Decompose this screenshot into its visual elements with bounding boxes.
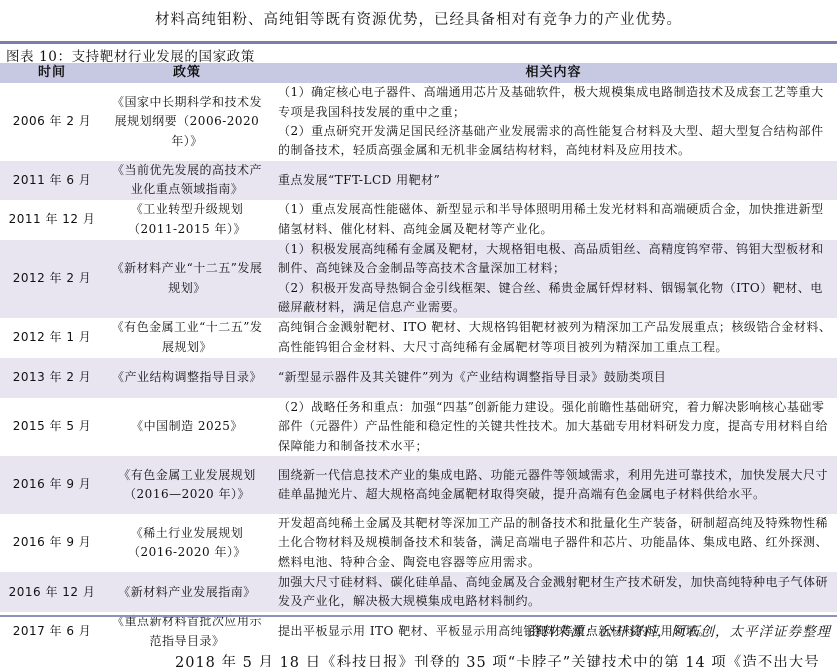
- content-item: （2）积极开发高导热铜合金引线框架、键合丝、稀贵金属钎焊材料、铟锡氧化物（ITO…: [278, 279, 833, 318]
- table-row: 2016 年 9 月 《稀土行业发展规划（2016-2020 年）》 开发超高纯…: [0, 514, 837, 572]
- row-date: 2016 年 12 月: [0, 572, 104, 612]
- row-date: 2012 年 1 月: [0, 318, 104, 358]
- row-policy: 《重点新材料首批次应用示范指导目录》: [104, 612, 270, 651]
- row-content: 围绕新一代信息技术产业的集成电路、功能元器件等领域需求，利用先进可靠技术，加快发…: [270, 456, 837, 514]
- content-item: 重点发展“TFT-LCD 用靶材”: [278, 171, 833, 190]
- row-policy: 《新材料产业发展指南》: [104, 572, 270, 612]
- row-date: 2012 年 2 月: [0, 240, 104, 318]
- row-date: 2013 年 2 月: [0, 358, 104, 398]
- content-item: （1）积极发展高纯稀有金属及靶材，大规格钼电极、高品质钼丝、高精度钨窄带、钨钼大…: [278, 240, 833, 279]
- row-policy: 《国家中长期科学和技术发展规划纲要（2006-2020 年）》: [104, 83, 270, 161]
- row-date: 2017 年 6 月: [0, 612, 104, 651]
- row-policy: 《工业转型升级规划（2011-2015 年）》: [104, 200, 270, 240]
- row-content: （1）确定核心电子器件、高端通用芯片及基础软件，极大规模集成电路制造技术及成套工…: [270, 83, 837, 161]
- intro-paragraph: 材料高纯钼粉、高纯钼等既有资源优势，已经具备相对有竞争力的产业优势。: [0, 8, 837, 29]
- content-item: （1）确定核心电子器件、高端通用芯片及基础软件，极大规模集成电路制造技术及成套工…: [278, 83, 833, 122]
- content-item: （1）重点发展高性能磁体、新型显示和半导体照明用稀土发光材料和高端硬质合金，加快…: [278, 200, 833, 239]
- row-content: 重点发展“TFT-LCD 用靶材”: [270, 161, 837, 200]
- header-content: 相关内容: [270, 63, 837, 83]
- row-policy: 《新材料产业“十二五”发展规划》: [104, 240, 270, 318]
- next-paragraph: 2018 年 5 月 18 日《科技日报》刊登的 35 项“卡脖子”关键技术中的…: [175, 651, 820, 667]
- header-date: 时间: [0, 63, 104, 83]
- content-item: （2）重点研究开发满足国民经济基础产业发展需求的高性能复合材料及大型、超大型复合…: [278, 122, 833, 161]
- row-content: 高纯铜合金溅射靶材、ITO 靶材、大规格钨钼靶材被列为精深加工产品发展重点；核级…: [270, 318, 837, 358]
- table-row: 2006 年 2 月 《国家中长期科学和技术发展规划纲要（2006-2020 年…: [0, 83, 837, 161]
- row-content: 加强大尺寸硅材料、碳化硅单晶、高纯金属及合金溅射靶材生产技术研发，加快高纯特种电…: [270, 572, 837, 612]
- table-row: 2013 年 2 月 《产业结构调整指导目录》 “新型显示器件及其关键件”列为《…: [0, 358, 837, 398]
- content-item: 加强大尺寸硅材料、碳化硅单晶、高纯金属及合金溅射靶材生产技术研发，加快高纯特种电…: [278, 573, 833, 612]
- table-row: 2012 年 1 月 《有色金属工业“十二五”发展规划》 高纯铜合金溅射靶材、I…: [0, 318, 837, 358]
- table-row: 2011 年 12 月 《工业转型升级规划（2011-2015 年）》 （1）重…: [0, 200, 837, 240]
- table-row: 2015 年 5 月 《中国制造 2025》 （2）战略任务和重点：加强“四基”…: [0, 398, 837, 456]
- table-row: 2016 年 9 月 《有色金属工业发展规划（2016—2020 年）》 围绕新…: [0, 456, 837, 514]
- row-policy: 《当前优先发展的高技术产业化重点领域指南》: [104, 161, 270, 200]
- row-content: 开发超高纯稀土金属及其靶材等深加工产品的制备技术和批量化生产装备，研制超高纯及特…: [270, 514, 837, 572]
- row-content: （2）战略任务和重点：加强“四基”创新能力建设。强化前瞻性基础研究，着力解决影响…: [270, 398, 837, 456]
- content-item: 高纯铜合金溅射靶材、ITO 靶材、大规格钨钼靶材被列为精深加工产品发展重点；核级…: [278, 318, 833, 357]
- row-date: 2011 年 6 月: [0, 161, 104, 200]
- table-row: 2011 年 6 月 《当前优先发展的高技术产业化重点领域指南》 重点发展“TF…: [0, 161, 837, 200]
- row-date: 2015 年 5 月: [0, 398, 104, 456]
- source-note: 资料来源：公开资料，阿石创，太平洋证券整理: [527, 620, 832, 640]
- row-content: “新型显示器件及其关键件”列为《产业结构调整指导目录》鼓励类项目: [270, 358, 837, 398]
- row-policy: 《中国制造 2025》: [104, 398, 270, 456]
- table-row: 2012 年 2 月 《新材料产业“十二五”发展规划》 （1）积极发展高纯稀有金…: [0, 240, 837, 318]
- row-date: 2011 年 12 月: [0, 200, 104, 240]
- content-item: （2）战略任务和重点：加强“四基”创新能力建设。强化前瞻性基础研究，着力解决影响…: [278, 398, 833, 456]
- table-row: 2016 年 12 月 《新材料产业发展指南》 加强大尺寸硅材料、碳化硅单晶、高…: [0, 572, 837, 612]
- figure-title: 图表 10：支持靶材行业发展的国家政策: [6, 45, 255, 65]
- content-item: 开发超高纯稀土金属及其靶材等深加工产品的制备技术和批量化生产装备，研制超高纯及特…: [278, 514, 833, 572]
- row-date: 2006 年 2 月: [0, 83, 104, 161]
- top-divider: [0, 41, 837, 44]
- header-policy: 政策: [104, 63, 270, 83]
- row-date: 2016 年 9 月: [0, 514, 104, 572]
- row-policy: 《有色金属工业“十二五”发展规划》: [104, 318, 270, 358]
- bottom-divider: [0, 615, 837, 617]
- table-header-row: 时间 政策 相关内容: [0, 63, 837, 83]
- row-content: （1）积极发展高纯稀有金属及靶材，大规格钼电极、高品质钼丝、高精度钨窄带、钨钼大…: [270, 240, 837, 318]
- row-content: （1）重点发展高性能磁体、新型显示和半导体照明用稀土发光材料和高端硬质合金，加快…: [270, 200, 837, 240]
- row-date: 2016 年 9 月: [0, 456, 104, 514]
- content-item: “新型显示器件及其关键件”列为《产业结构调整指导目录》鼓励类项目: [278, 368, 833, 387]
- content-item: 围绕新一代信息技术产业的集成电路、功能元器件等领域需求，利用先进可靠技术，加快发…: [278, 466, 833, 505]
- row-policy: 《产业结构调整指导目录》: [104, 358, 270, 398]
- row-policy: 《稀土行业发展规划（2016-2020 年）》: [104, 514, 270, 572]
- policy-table: 时间 政策 相关内容 2006 年 2 月 《国家中长期科学和技术发展规划纲要（…: [0, 63, 837, 651]
- row-policy: 《有色金属工业发展规划（2016—2020 年）》: [104, 456, 270, 514]
